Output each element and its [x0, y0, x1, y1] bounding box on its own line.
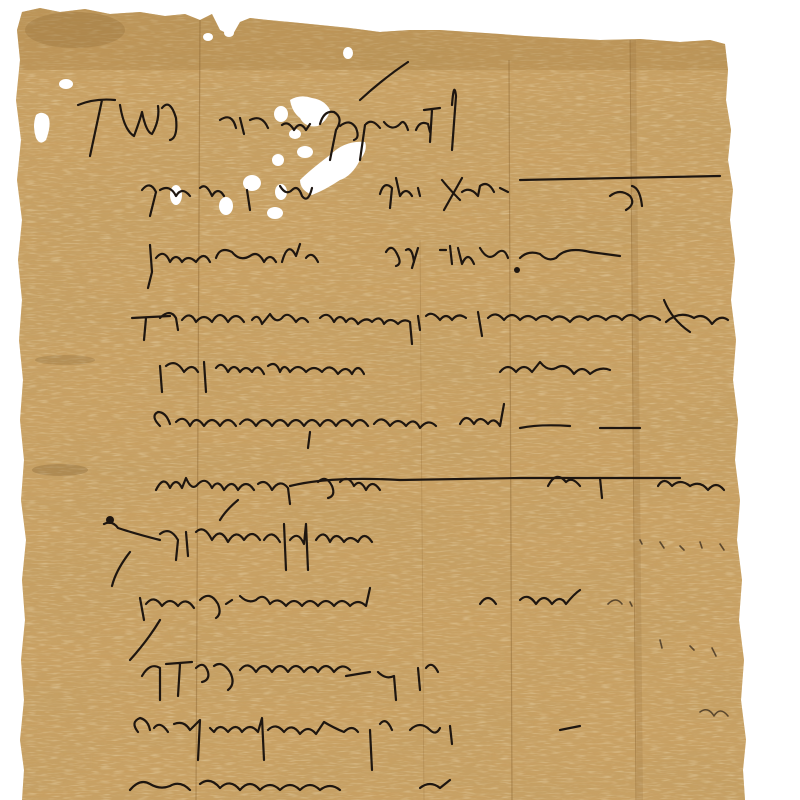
papyrus-svg [0, 0, 800, 800]
papyrus-photo [0, 0, 800, 800]
papyrus-sheet [0, 0, 800, 800]
